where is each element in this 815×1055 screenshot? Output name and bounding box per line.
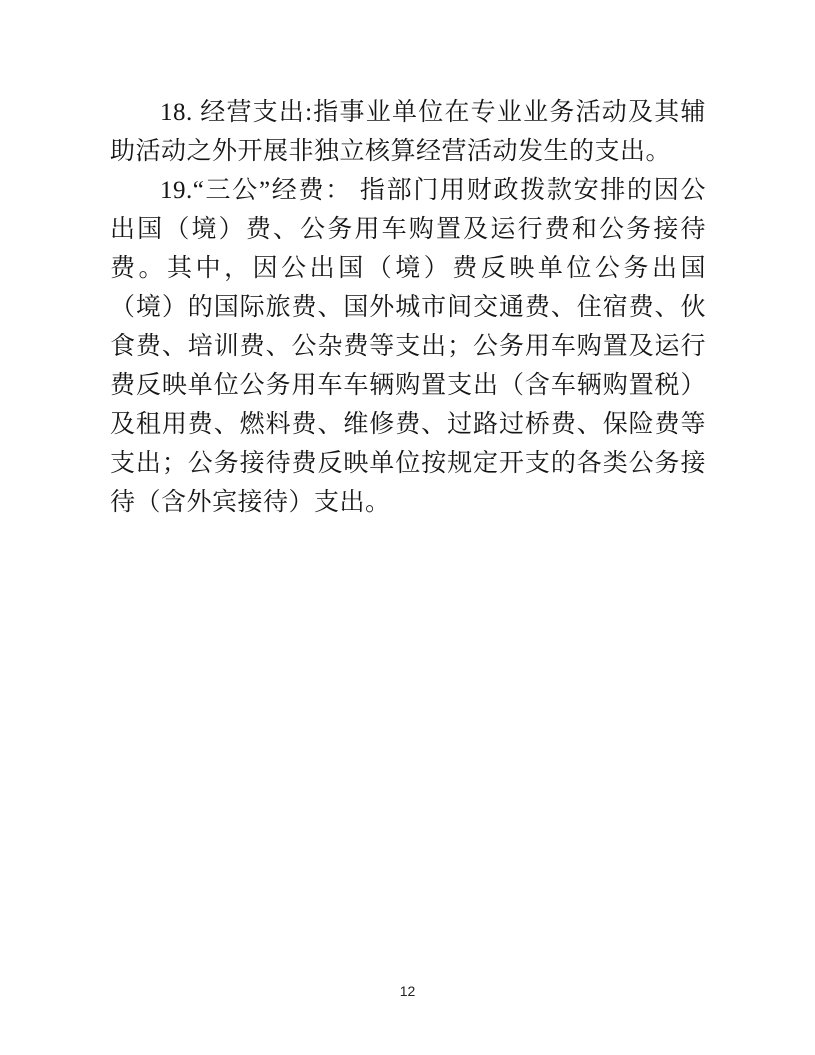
document-body: 18. 经营支出:指事业单位在专业业务活动及其辅助活动之外开展非独立核算经营活动…: [110, 93, 706, 522]
document-page: 18. 经营支出:指事业单位在专业业务活动及其辅助活动之外开展非独立核算经营活动…: [0, 0, 815, 1055]
page-number: 12: [0, 983, 815, 999]
paragraph-item-19: 19.“三公”经费： 指部门用财政拨款安排的因公出国（境）费、公务用车购置及运行…: [110, 171, 706, 522]
paragraph-item-18: 18. 经营支出:指事业单位在专业业务活动及其辅助活动之外开展非独立核算经营活动…: [110, 93, 706, 171]
